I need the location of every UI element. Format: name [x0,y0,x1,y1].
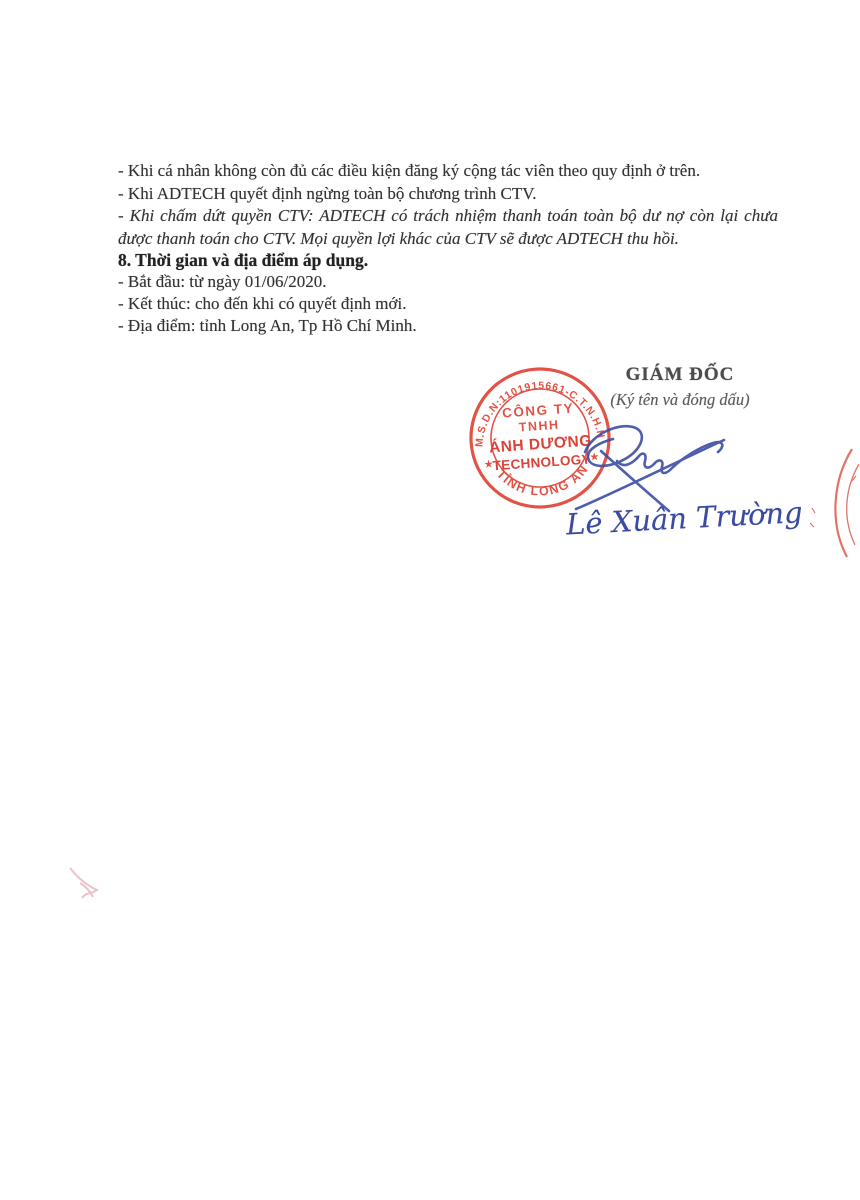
text-line: - Khi ADTECH quyết định ngừng toàn bộ ch… [118,183,537,205]
text-line: - Kết thúc: cho đến khi có quyết định mớ… [118,293,407,315]
scanned-document-page: - Khi cá nhân không còn đủ các điều kiện… [0,0,860,1200]
seal-company-type: CÔNG TY [502,401,575,421]
seal-star-left-icon: ★ [483,458,494,471]
company-seal-icon: M.S.D.N:1101915661-C.T.N.H.H TỈNH LONG A… [466,364,613,511]
seal-company-name: ÁNH DƯƠNG [489,432,593,456]
text-line: - Địa điểm: tỉnh Long An, Tp Hồ Chí Minh… [118,315,417,337]
signature-strokes [576,426,724,511]
seal-star-right-icon: ★ [589,451,600,464]
text-line: - Bắt đầu: từ ngày 01/06/2020. [118,271,326,293]
section-heading: 8. Thời gian và địa điểm áp dụng. [118,249,368,271]
seal-fragment-icon [810,449,859,557]
seal-inner-ring [488,386,593,491]
signature-upstroke [576,440,724,509]
text-paragraph-italic: - Khi chấm dứt quyền CTV: ADTECH có trác… [118,205,778,250]
seal-company-type2: TNHH [518,418,560,435]
signature-loop [585,426,642,466]
seal-outer-arc-text: M.S.D.N:1101915661-C.T.N.H.H [469,375,607,448]
seal-outer-ring [466,364,613,511]
text-line: - Khi cá nhân không còn đủ các điều kiện… [118,160,700,182]
signature-squiggle [617,442,722,473]
seal-bottom-arc-text: TỈNH LONG AN [493,461,593,502]
ink-smudge-icon [70,868,97,898]
seal-company-name2: TECHNOLOGY [492,452,591,474]
director-title: GIÁM ĐỐC [600,364,760,386]
signer-name-handwriting: Lê Xuân Trường [565,497,776,542]
sign-instruction: (Ký tên và đóng dấu) [585,390,775,410]
